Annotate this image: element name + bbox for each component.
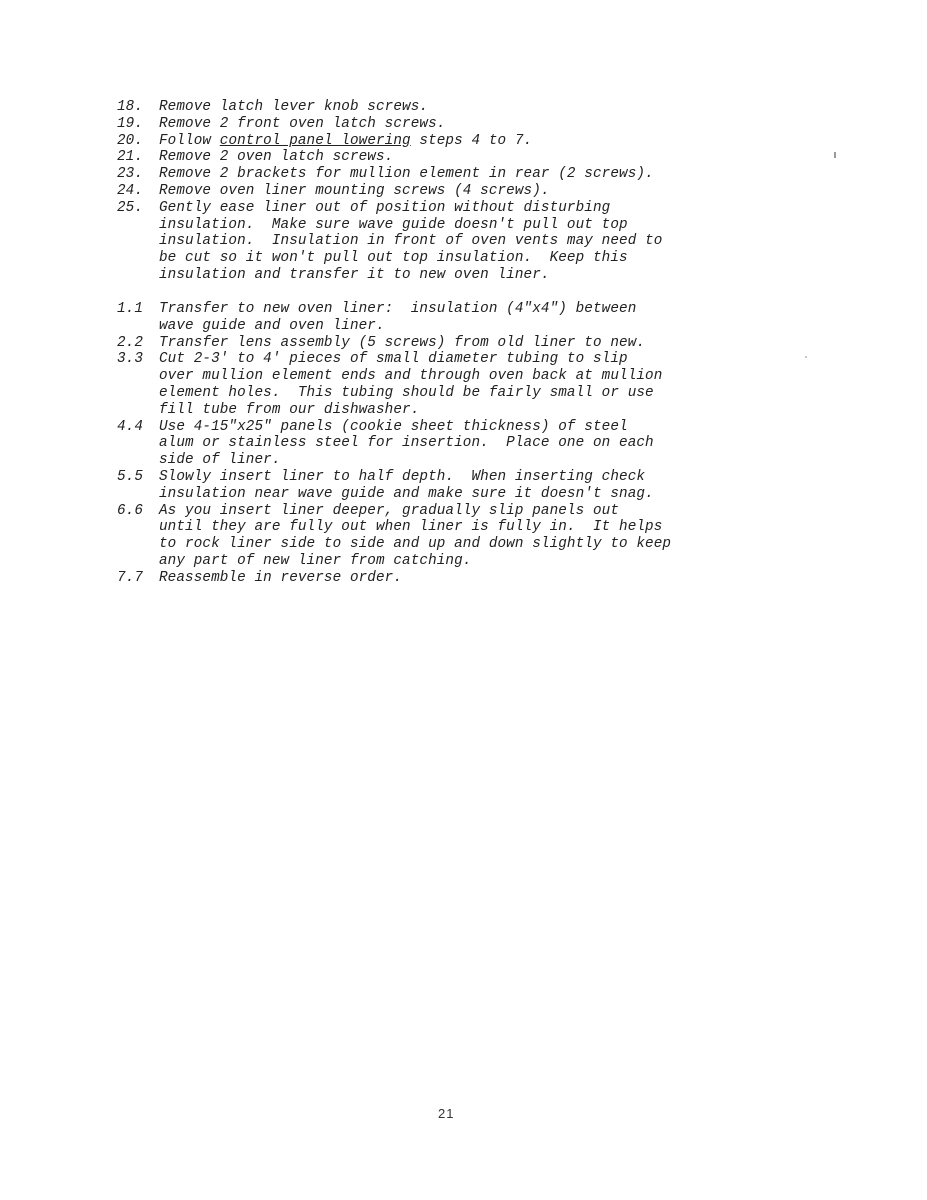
step-text: Use 4-15"x25" panels (cookie sheet thick… xyxy=(159,419,654,469)
step-text: Remove latch lever knob screws. xyxy=(159,99,428,116)
step-20: 20. Follow control panel lowering steps … xyxy=(117,133,532,150)
step-number: 20. xyxy=(117,133,159,150)
step-line: be cut so it won't pull out top insulati… xyxy=(159,250,628,266)
step-line: Use 4-15"x25" panels (cookie sheet thick… xyxy=(159,419,628,435)
step-line: insulation. Insulation in front of oven … xyxy=(159,233,662,249)
step-text: Transfer to new oven liner: insulation (… xyxy=(159,301,636,335)
step-23: 23. Remove 2 brackets for mullion elemen… xyxy=(117,166,654,183)
step-24: 24. Remove oven liner mounting screws (4… xyxy=(117,183,550,200)
step-6-6: 6.6 As you insert liner deeper, graduall… xyxy=(117,503,671,570)
scan-speck xyxy=(805,356,807,358)
page-number: 21 xyxy=(438,1106,454,1121)
step-line: alum or stainless steel for insertion. P… xyxy=(159,435,654,451)
step-line: As you insert liner deeper, gradually sl… xyxy=(159,503,619,519)
step-line: over mullion element ends and through ov… xyxy=(159,368,662,384)
step-number: 1.1 xyxy=(117,301,159,335)
step-7-7: 7.7 Reassemble in reverse order. xyxy=(117,570,402,587)
replacement-steps: 1.1 Transfer to new oven liner: insulati… xyxy=(117,301,152,452)
step-text: Remove oven liner mounting screws (4 scr… xyxy=(159,183,550,200)
step-line: side of liner. xyxy=(159,452,281,468)
step-line: until they are fully out when liner is f… xyxy=(159,519,662,535)
step-text: Follow control panel lowering steps 4 to… xyxy=(159,133,532,150)
step-3-3: 3.3 Cut 2-3' to 4' pieces of small diame… xyxy=(117,351,662,418)
step-line: insulation near wave guide and make sure… xyxy=(159,486,654,502)
step-number: 18. xyxy=(117,99,159,116)
step-text: As you insert liner deeper, gradually sl… xyxy=(159,503,671,570)
step-text: Reassemble in reverse order. xyxy=(159,570,402,587)
step-line: insulation and transfer it to new oven l… xyxy=(159,267,550,283)
step-text: Gently ease liner out of position withou… xyxy=(159,200,662,284)
step-number: 25. xyxy=(117,200,159,284)
step-21: 21. Remove 2 oven latch screws. xyxy=(117,149,393,166)
step-number: 21. xyxy=(117,149,159,166)
step-1-1: 1.1 Transfer to new oven liner: insulati… xyxy=(117,301,636,335)
step-4-4: 4.4 Use 4-15"x25" panels (cookie sheet t… xyxy=(117,419,654,469)
step-text-prefix: Follow xyxy=(159,133,220,149)
step-line: Cut 2-3' to 4' pieces of small diameter … xyxy=(159,351,628,367)
step-line: insulation. Make sure wave guide doesn't… xyxy=(159,217,628,233)
step-number: 6.6 xyxy=(117,503,159,570)
step-number: 7.7 xyxy=(117,570,159,587)
step-line: Transfer to new oven liner: insulation (… xyxy=(159,301,636,317)
step-number: 19. xyxy=(117,116,159,133)
document-page: 18. Remove latch lever knob screws. 19. … xyxy=(0,0,927,1200)
step-19: 19. Remove 2 front oven latch screws. xyxy=(117,116,445,133)
scan-speck xyxy=(834,152,836,158)
step-2-2: 2.2 Transfer lens assembly (5 screws) fr… xyxy=(117,335,645,352)
step-number: 24. xyxy=(117,183,159,200)
step-text: Slowly insert liner to half depth. When … xyxy=(159,469,654,503)
step-text: Cut 2-3' to 4' pieces of small diameter … xyxy=(159,351,662,418)
step-number: 2.2 xyxy=(117,335,159,352)
step-text: Transfer lens assembly (5 screws) from o… xyxy=(159,335,645,352)
step-text: Remove 2 front oven latch screws. xyxy=(159,116,445,133)
step-text: Remove 2 brackets for mullion element in… xyxy=(159,166,654,183)
step-line: element holes. This tubing should be fai… xyxy=(159,385,654,401)
step-5-5: 5.5 Slowly insert liner to half depth. W… xyxy=(117,469,654,503)
control-panel-lowering-link[interactable]: control panel lowering xyxy=(220,133,411,149)
step-25: 25. Gently ease liner out of position wi… xyxy=(117,200,662,284)
step-line: Slowly insert liner to half depth. When … xyxy=(159,469,645,485)
step-number: 4.4 xyxy=(117,419,159,469)
step-text: Remove 2 oven latch screws. xyxy=(159,149,393,166)
step-line: to rock liner side to side and up and do… xyxy=(159,536,671,552)
step-line: Gently ease liner out of position withou… xyxy=(159,200,610,216)
step-line: fill tube from our dishwasher. xyxy=(159,402,419,418)
step-text-suffix: steps 4 to 7. xyxy=(411,133,533,149)
step-number: 5.5 xyxy=(117,469,159,503)
step-line: any part of new liner from catching. xyxy=(159,553,471,569)
step-18: 18. Remove latch lever knob screws. xyxy=(117,99,428,116)
step-number: 3.3 xyxy=(117,351,159,418)
removal-steps: 18. Remove latch lever knob screws. 19. … xyxy=(117,99,152,250)
step-line: wave guide and oven liner. xyxy=(159,318,385,334)
step-number: 23. xyxy=(117,166,159,183)
